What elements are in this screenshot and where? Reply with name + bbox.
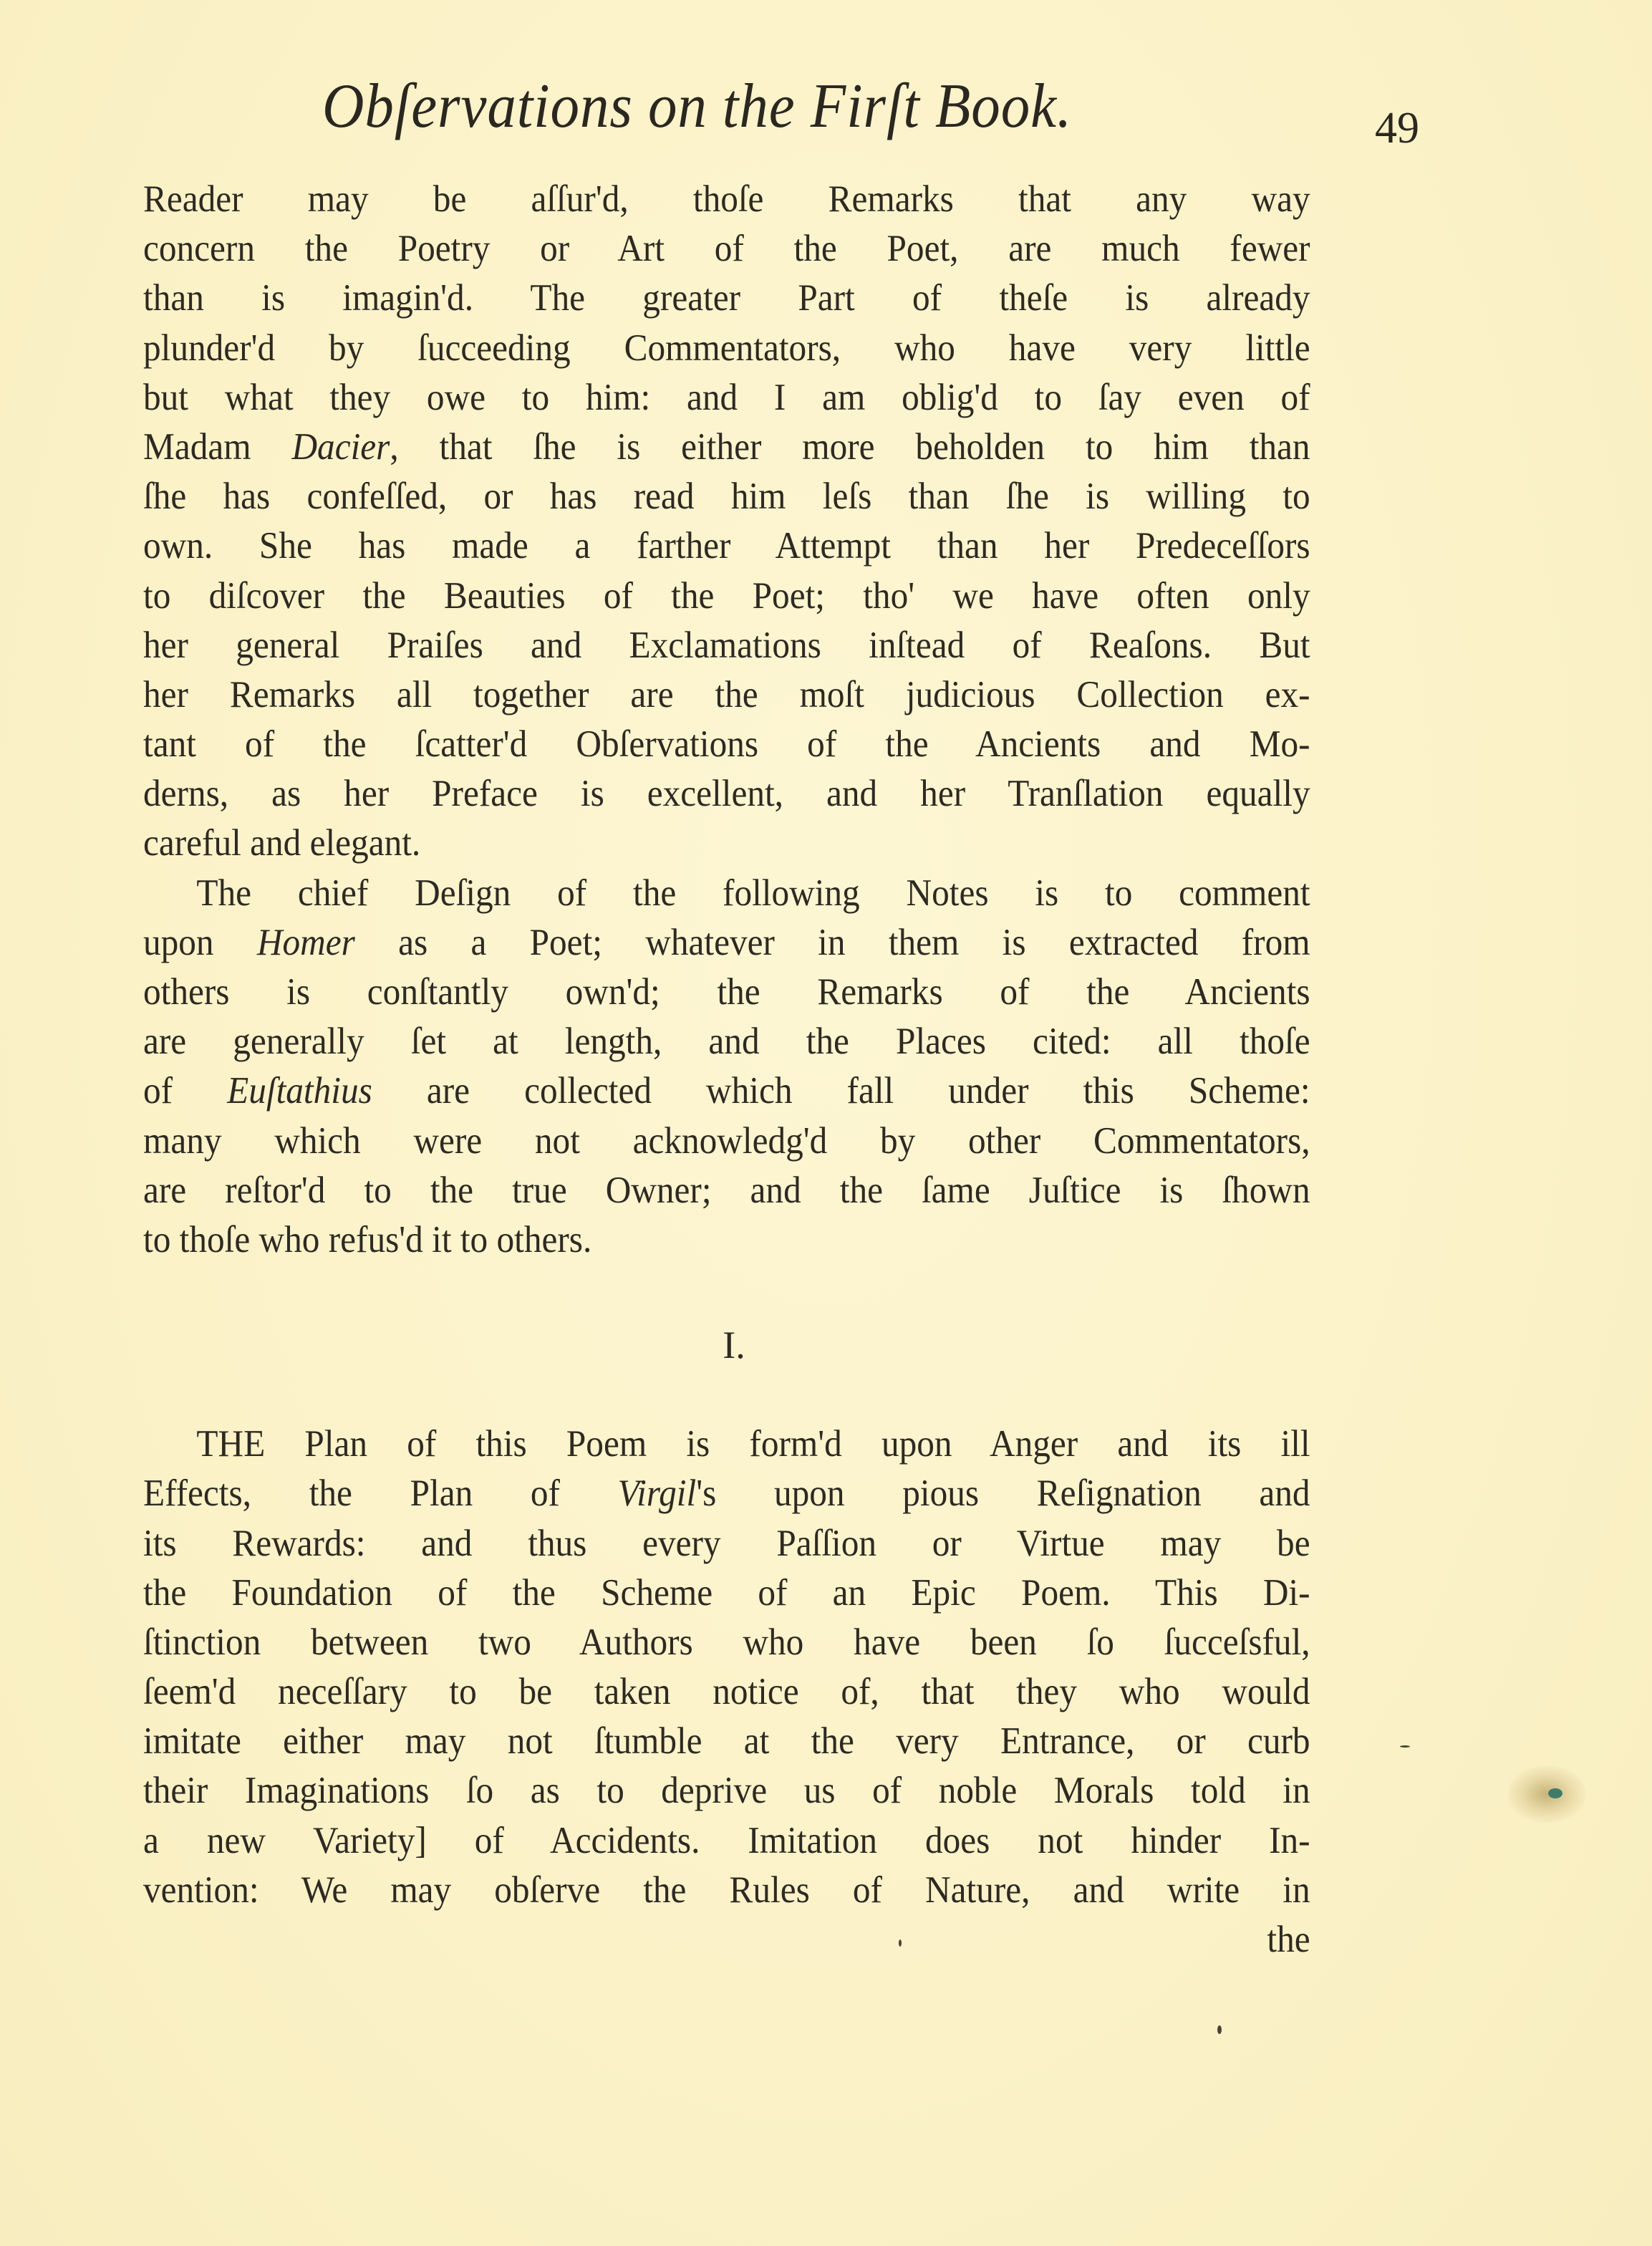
italic-name: Dacier — [291, 426, 390, 468]
text-line: to thoſe who refus'd it to others. — [143, 1215, 1310, 1265]
catchword: the — [143, 1915, 1310, 1965]
text-line: Reader may be aſſur'd, thoſe Remarks tha… — [143, 175, 1310, 224]
text-line: her general Praiſes and Exclamations inſ… — [143, 621, 1310, 670]
text-line: many which were not acknowledg'd by othe… — [143, 1117, 1310, 1166]
page-number: 49 — [1375, 103, 1419, 154]
italic-name: Virgil — [618, 1473, 697, 1514]
italic-name: Euſtathius — [227, 1070, 372, 1112]
text-line: upon Homer as a Poet; whatever in them i… — [143, 918, 1310, 968]
text-line: ſtinction between two Authors who have b… — [143, 1618, 1310, 1667]
text-line: THE Plan of this Poem is form'd upon Ang… — [143, 1420, 1310, 1469]
text-line: vention: We may obſerve the Rules of Nat… — [143, 1866, 1310, 1915]
paper-stain-spot — [1548, 1788, 1562, 1798]
text-line: derns, as her Preface is excellent, and … — [143, 769, 1310, 819]
text-line: to diſcover the Beauties of the Poet; th… — [143, 572, 1310, 621]
text-line: the Foundation of the Scheme of an Epic … — [143, 1568, 1310, 1618]
text-line: ſeem'd neceſſary to be taken notice of, … — [143, 1667, 1310, 1717]
text-line: Effects, the Plan of Virgil's upon pious… — [143, 1469, 1310, 1518]
paper-stain — [1507, 1765, 1586, 1823]
paper-speck — [899, 1939, 902, 1947]
running-head: Obſervations on the Firſt Book. — [322, 70, 1072, 143]
text-line: of Euſtathius are collected which fall u… — [143, 1066, 1310, 1116]
paper-speck — [1217, 2025, 1222, 2034]
italic-name: Homer — [257, 922, 355, 963]
text-line: than is imagin'd. The greater Part of th… — [143, 274, 1310, 323]
text-line: The chief Deſign of the following Notes … — [143, 869, 1310, 918]
paper-speck — [1400, 1745, 1410, 1748]
text-line: are generally ſet at length, and the Pla… — [143, 1017, 1310, 1066]
text-line: others is conſtantly own'd; the Remarks … — [143, 968, 1310, 1017]
paragraph-1: Reader may be aſſur'd, thoſe Remarks tha… — [143, 175, 1310, 869]
text-line: concern the Poetry or Art of the Poet, a… — [143, 224, 1310, 274]
text-line: tant of the ſcatter'd Obſervations of th… — [143, 720, 1310, 769]
text-line: imitate either may not ſtumble at the ve… — [143, 1717, 1310, 1766]
text-line: own. She has made a farther Attempt than… — [143, 521, 1310, 571]
text-line: Madam Dacier, that ſhe is either more be… — [143, 423, 1310, 472]
text-line: but what they owe to him: and I am oblig… — [143, 373, 1310, 423]
section-numeral: I. — [143, 1302, 1310, 1388]
text-line: their Imaginations ſo as to deprive us o… — [143, 1766, 1310, 1816]
spacer — [143, 1265, 1310, 1302]
page-header: Obſervations on the Firſt Book. 49 — [322, 70, 1439, 156]
body-text: Reader may be aſſur'd, thoſe Remarks tha… — [143, 175, 1310, 1965]
text-line: careful and elegant. — [143, 819, 1310, 868]
text-line: a new Variety] of Accidents. Imitation d… — [143, 1816, 1310, 1866]
spacer — [143, 1388, 1310, 1420]
text-line: her Remarks all together are the moſt ju… — [143, 670, 1310, 720]
text-line: plunder'd by ſucceeding Commentators, wh… — [143, 324, 1310, 373]
text-line: its Rewards: and thus every Paſſion or V… — [143, 1519, 1310, 1568]
paragraph-2: The chief Deſign of the following Notes … — [143, 869, 1310, 1266]
text-line: ſhe has confeſſed, or has read him leſs … — [143, 472, 1310, 521]
section-paragraph: THE Plan of this Poem is form'd upon Ang… — [143, 1420, 1310, 1965]
text-line: are reſtor'd to the true Owner; and the … — [143, 1166, 1310, 1215]
